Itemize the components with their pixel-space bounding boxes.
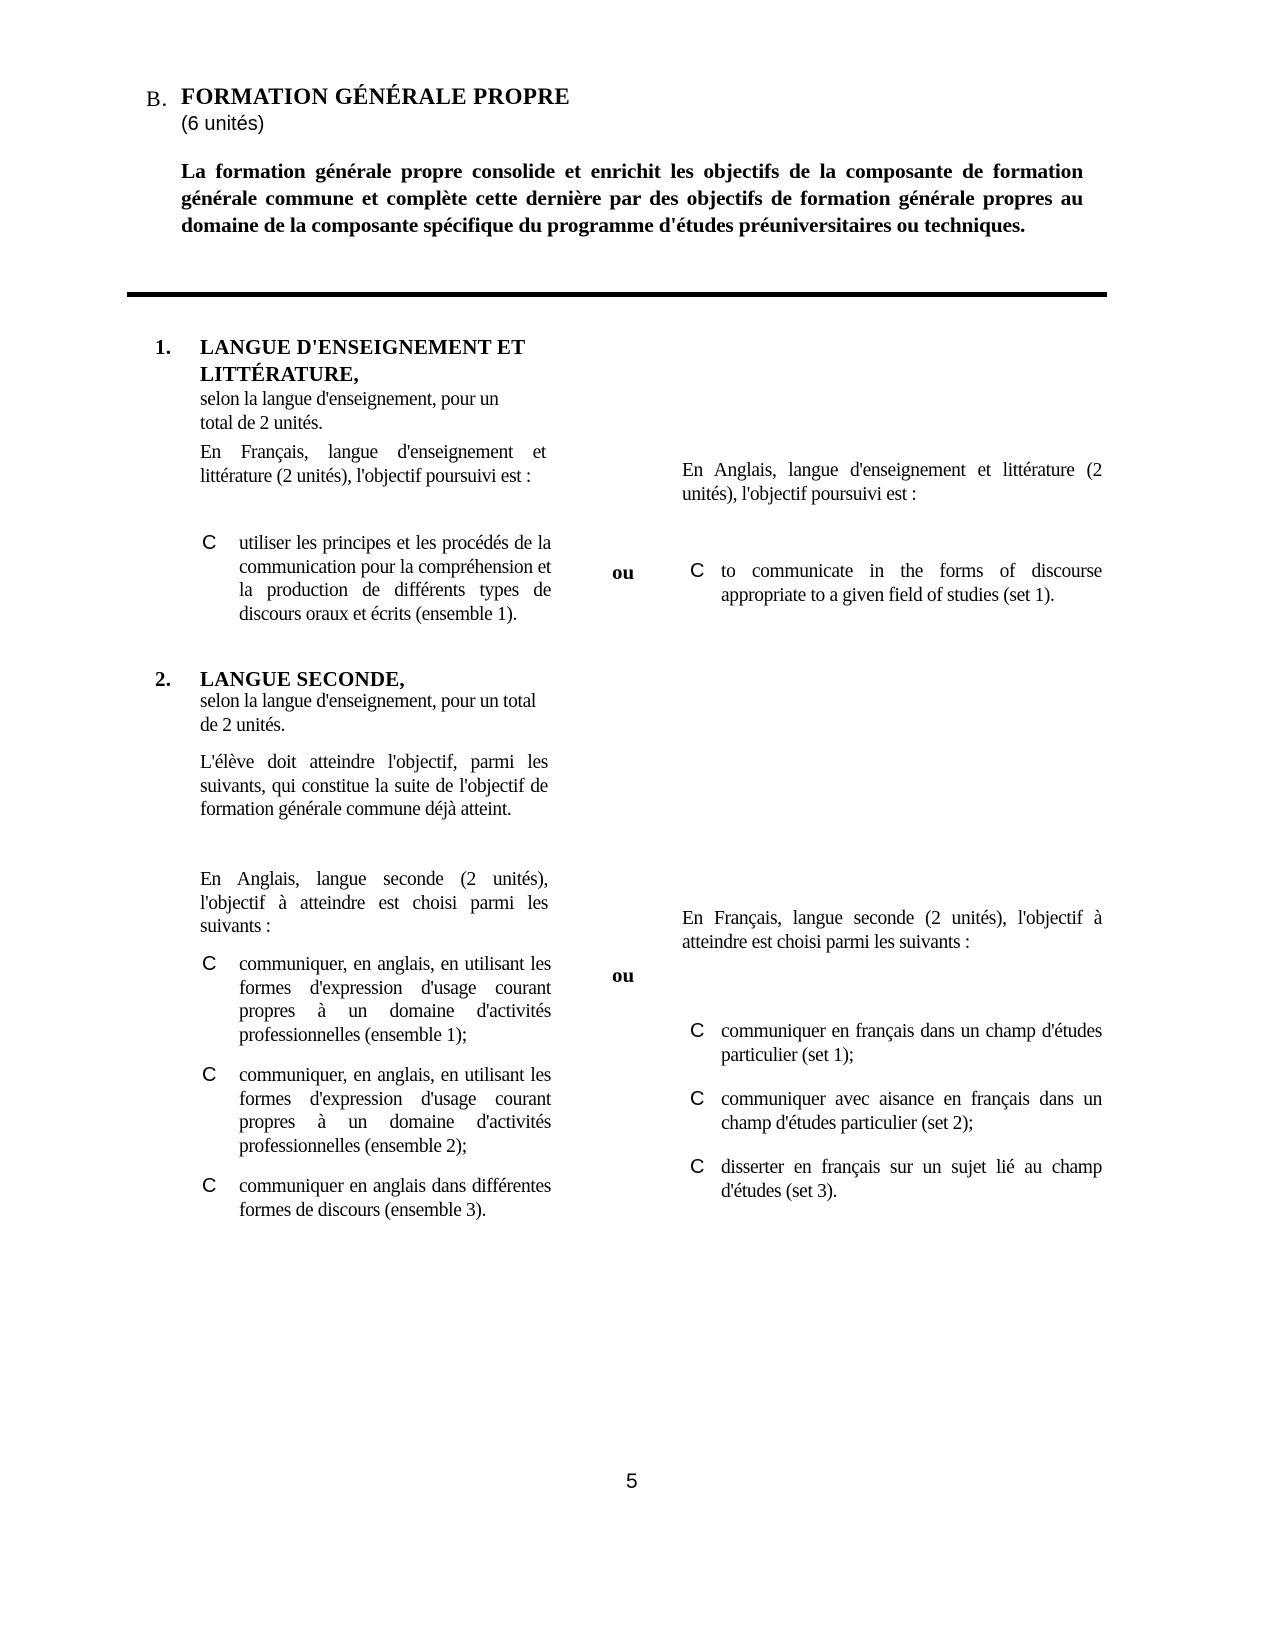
list-item: C communiquer avec aisance en français d… [690,1088,1102,1135]
section-2-title: LANGUE SECONDE, [200,666,552,693]
list-item: C utiliser les principes et les procédés… [202,532,551,626]
objective-text: communiquer, en anglais, en utilisant le… [239,953,551,1047]
section-1-french-objectives: C utiliser les principes et les procédés… [202,532,551,626]
section-1-french-intro: En Français, langue d'enseignement et li… [200,441,546,488]
objective-text: communiquer en français dans un champ d'… [721,1020,1102,1067]
section-1-subtitle: selon la langue d'enseignement, pour un … [200,388,526,435]
bullet-icon: C [690,1156,721,1180]
or-connector: ou [612,560,634,585]
list-item: C communiquer, en anglais, en utilisant … [202,953,551,1047]
section-2-english-objectives: C communiquer, en anglais, en utilisant … [202,953,551,1222]
document-page: B. FORMATION GÉNÉRALE PROPRE (6 unités) … [0,0,1275,1650]
section-1-title: LANGUE D'ENSEIGNEMENT ET LITTÉRATURE, [200,334,552,388]
section-2-subtitle: selon la langue d'enseignement, pour un … [200,690,552,737]
list-item: C communiquer en anglais dans différente… [202,1175,551,1222]
divider-rule [127,292,1107,297]
section-2-number: 2. [155,666,171,693]
objective-text: disserter en français sur un sujet lié a… [721,1156,1102,1203]
units-subtitle: (6 unités) [181,113,264,136]
list-item: C disserter en français sur un sujet lié… [690,1156,1102,1203]
section-2-english-intro: En Anglais, langue seconde (2 unités), l… [200,868,548,939]
section-letter: B. [146,86,168,112]
section-1-english-intro: En Anglais, langue d'enseignement et lit… [682,459,1102,506]
page-number: 5 [626,1470,638,1494]
bullet-icon: C [690,1088,721,1112]
intro-paragraph: La formation générale propre consolide e… [181,158,1083,239]
list-item: C communiquer en français dans un champ … [690,1020,1102,1067]
page-title: FORMATION GÉNÉRALE PROPRE [181,84,570,110]
bullet-icon: C [202,532,239,556]
section-2-french-objectives: C communiquer en français dans un champ … [690,1020,1102,1224]
section-1-english-objectives: C to communicate in the forms of discour… [690,560,1102,628]
objective-text: to communicate in the forms of discourse… [721,560,1102,607]
section-2-note: L'élève doit atteindre l'objectif, parmi… [200,751,548,822]
section-1-number: 1. [155,334,171,361]
objective-text: communiquer, en anglais, en utilisant le… [239,1064,551,1158]
bullet-icon: C [202,1175,239,1199]
bullet-icon: C [690,560,721,584]
objective-text: communiquer avec aisance en français dan… [721,1088,1102,1135]
bullet-icon: C [690,1020,721,1044]
bullet-icon: C [202,1064,239,1088]
list-item: C to communicate in the forms of discour… [690,560,1102,607]
list-item: C communiquer, en anglais, en utilisant … [202,1064,551,1158]
or-connector: ou [612,963,634,988]
section-2-french-intro: En Français, langue seconde (2 unités), … [682,907,1102,954]
objective-text: utiliser les principes et les procédés d… [239,532,551,626]
objective-text: communiquer en anglais dans différentes … [239,1175,551,1222]
bullet-icon: C [202,953,239,977]
